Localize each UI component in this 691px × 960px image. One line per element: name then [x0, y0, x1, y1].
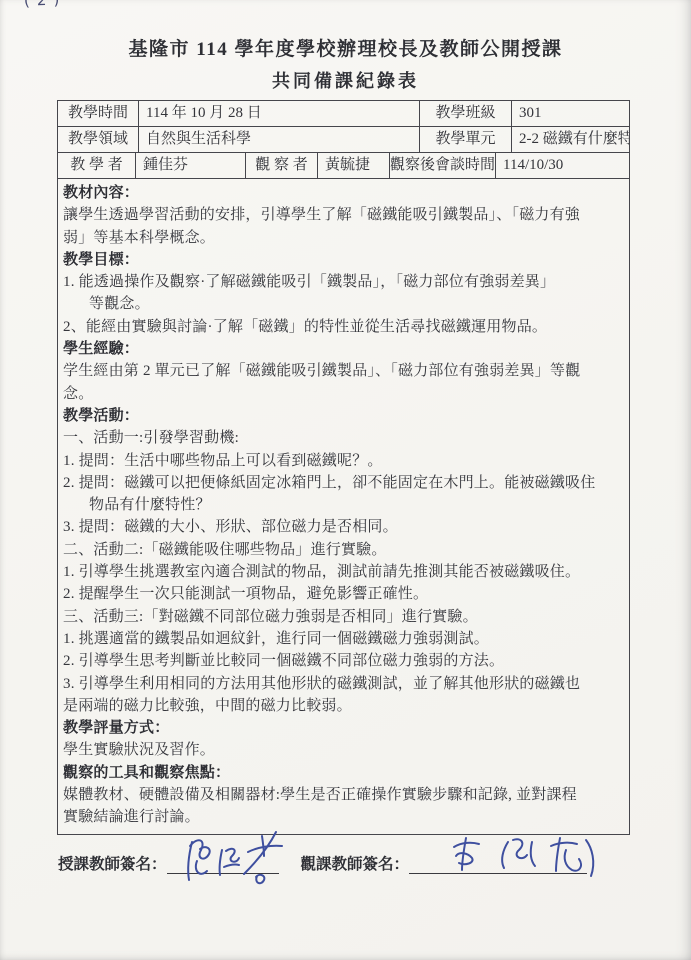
teaching-teacher-signature-line — [167, 855, 279, 874]
lesson-content-cell: 教材內容：讓學生透過學習活動的安排，引導學生了解「磁鐵能吸引鐵製品」、「磁力有強… — [58, 179, 629, 836]
content-line: 等觀念。 — [63, 293, 624, 315]
signature-row: 授課教師簽名： 觀課教師簽名： — [58, 852, 638, 874]
meeting-time-label: 觀察後會談時間 — [390, 153, 496, 178]
teaching-teacher-signature-label: 授課教師簽名： — [58, 852, 167, 874]
content-line: 觀察的工具和觀察焦點： — [63, 762, 624, 784]
content-line: 2. 提問：磁鐵可以把便條紙固定冰箱門上，卻不能固定在木門上。能被磁鐵吸住 — [63, 472, 624, 494]
class-value: 301 — [512, 101, 629, 126]
teach-time-label: 教學時間 — [58, 101, 139, 126]
content-line: 實驗結論進行討論。 — [63, 806, 624, 828]
teacher-name: 鍾佳芬 — [136, 153, 246, 178]
content-line: 2. 提醒學生一次只能測試一項物品，避免影響正確性。 — [63, 583, 624, 605]
content-line: 3. 提問：磁鐵的大小、形狀、部位磁力是否相同。 — [63, 516, 624, 538]
unit-value: 2-2 磁鐵有什麼特性？ — [512, 127, 629, 152]
observer-name: 黃毓捷 — [318, 153, 390, 178]
meeting-time-value: 114/10/30 — [496, 153, 629, 178]
domain-label: 教學領域 — [58, 127, 139, 152]
unit-label: 教學單元 — [420, 127, 512, 152]
teach-time-value: 114 年 10 月 28 日 — [139, 101, 420, 126]
table-row-people: 教 學 者 鍾佳芬 觀 察 者 黃毓捷 觀察後會談時間 114/10/30 — [58, 153, 629, 179]
content-line: 教材內容： — [63, 182, 624, 204]
content-line: 教學活動： — [63, 405, 624, 427]
content-line: 學生實驗狀況及習作。 — [63, 739, 624, 761]
content-line: 1. 引導學生挑選教室內適合測試的物品，測試前請先推測其能否被磁鐵吸住。 — [63, 561, 624, 583]
content-line: 1. 能透過操作及觀察·了解磁鐵能吸引「鐵製品」，「磁力部位有強弱差異」 — [63, 271, 624, 293]
content-line: 学生經由第 2 單元已了解「磁鐵能吸引鐵製品」、「磁力部位有強弱差異」等觀 — [63, 360, 624, 382]
content-line: 1. 挑選適當的鐵製品如迴紋針，進行同一個磁鐵磁力強弱測試。 — [63, 628, 624, 650]
content-line: 一、活動一:引發學習動機: — [63, 427, 624, 449]
table-row-domain: 教學領域 自然與生活科學 教學單元 2-2 磁鐵有什麼特性？ — [58, 127, 629, 153]
document-title: 基隆市 114 學年度學校辦理校長及教師公開授課 — [0, 34, 691, 61]
lesson-record-table: 教學時間 114 年 10 月 28 日 教學班級 301 教學領域 自然與生活… — [57, 100, 630, 835]
content-line: 是兩端的磁力比較強，中間的磁力比較弱。 — [63, 695, 624, 717]
content-line: 2. 引導學生思考判斷並比較同一個磁鐵不同部位磁力強弱的方法。 — [63, 650, 624, 672]
document-subtitle: 共同備課紀錄表 — [0, 67, 691, 93]
content-line: 教學評量方式： — [63, 717, 624, 739]
domain-value: 自然與生活科學 — [139, 127, 420, 152]
content-line: 弱」等基本科學概念。 — [63, 227, 624, 249]
scanned-lesson-record-page: { "page": { "corner_number": "(2)" }, "t… — [0, 0, 691, 960]
handwritten-page-number: (2) — [24, 0, 67, 10]
content-line: 媒體教材、硬體設備及相關器材:學生是否正確操作實驗步驟和記錄, 並對課程 — [63, 784, 624, 806]
document-header: 基隆市 114 學年度學校辦理校長及教師公開授課 共同備課紀錄表 — [0, 34, 691, 93]
content-line: 讓學生透過學習活動的安排，引導學生了解「磁鐵能吸引鐵製品」、「磁力有強 — [63, 204, 624, 226]
observing-teacher-signature-label: 觀課教師簽名： — [301, 852, 410, 874]
content-line: 三、活動三:「對磁鐵不同部位磁力強弱是否相同」進行實驗。 — [63, 606, 624, 628]
content-line: 2、能經由實驗與討論·了解「磁鐵」的特性並從生活尋找磁鐵運用物品。 — [63, 316, 624, 338]
class-label: 教學班級 — [420, 101, 512, 126]
teacher-label: 教 學 者 — [58, 153, 136, 178]
content-line: 二、活動二:「磁鐵能吸住哪些物品」進行實驗。 — [63, 539, 624, 561]
observer-label: 觀 察 者 — [246, 153, 318, 178]
content-line: 物品有什麼特性？ — [63, 494, 624, 516]
table-row-time: 教學時間 114 年 10 月 28 日 教學班級 301 — [58, 101, 629, 127]
content-line: 教學目標： — [63, 249, 624, 271]
content-line: 3. 引導學生利用相同的方法用其他形狀的磁鐵測試，並了解其他形狀的磁鐵也 — [63, 673, 624, 695]
content-line: 念。 — [63, 383, 624, 405]
content-line: 學生經驗： — [63, 338, 624, 360]
observing-teacher-signature-line — [409, 855, 587, 874]
content-line: 1. 提問：生活中哪些物品上可以看到磁鐵呢？。 — [63, 450, 624, 472]
